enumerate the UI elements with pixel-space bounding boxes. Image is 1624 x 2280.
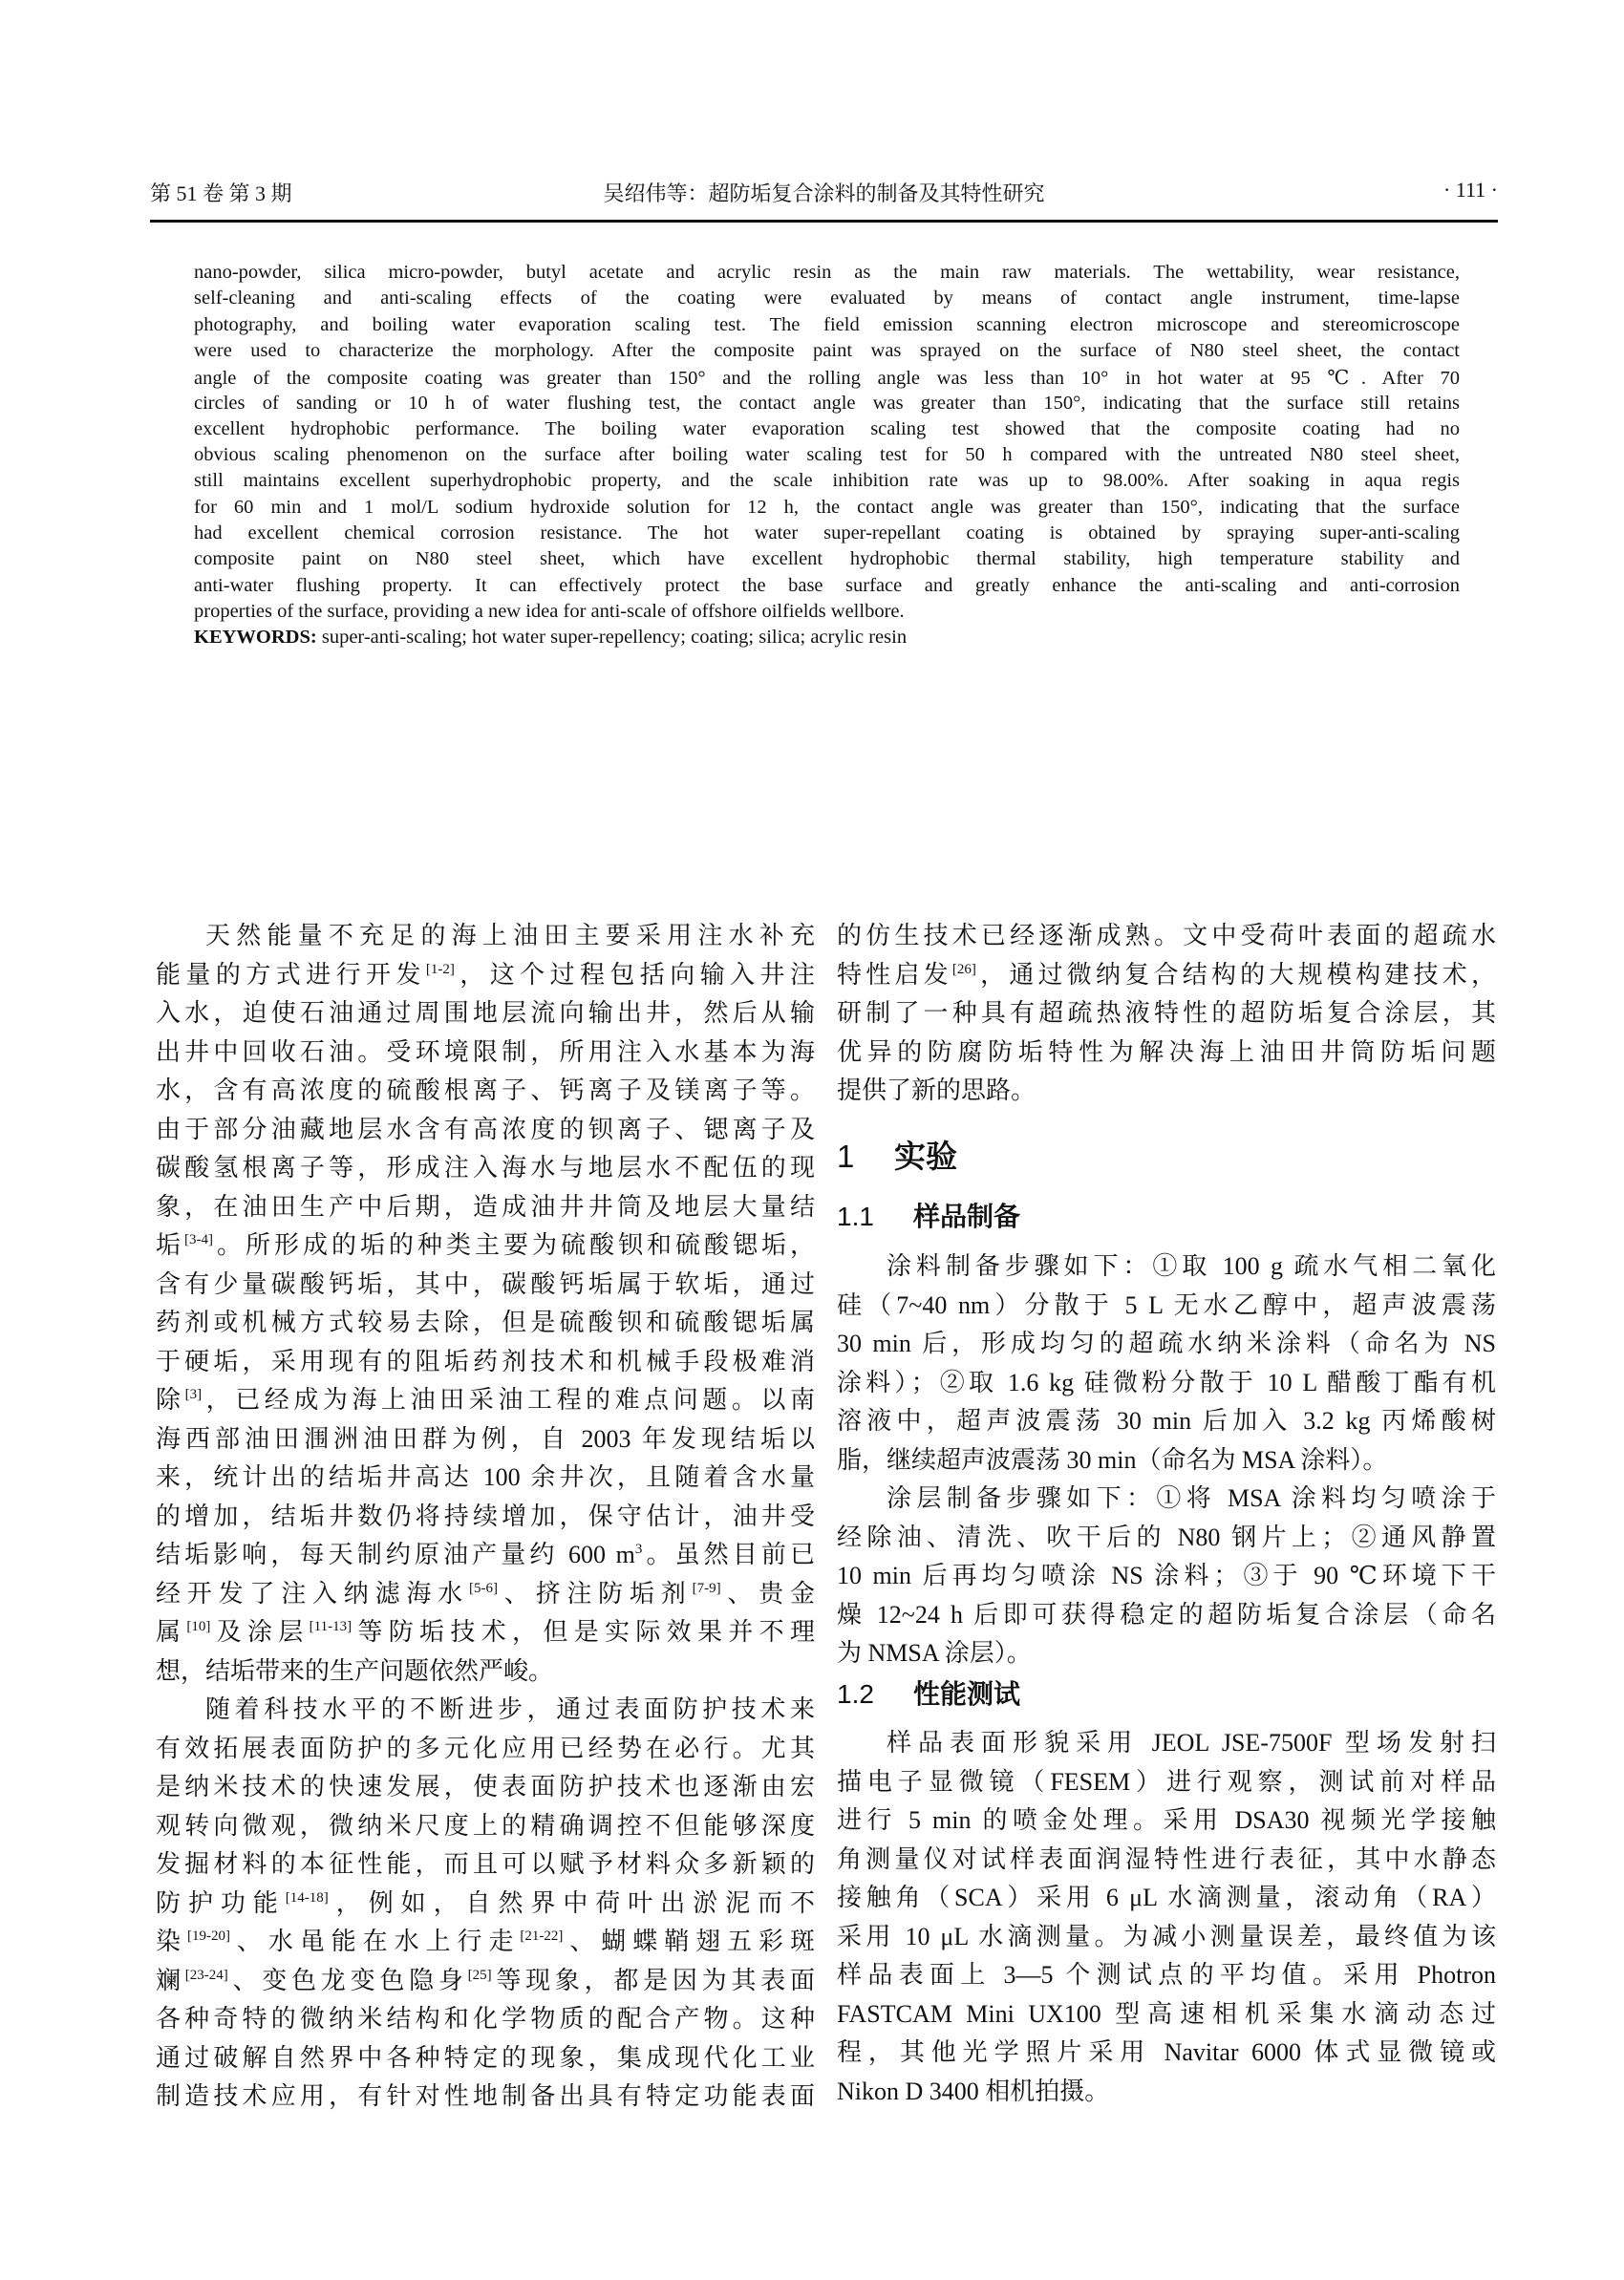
body-text-line: 样品表面形貌采用 JEOL JSE-7500F 型场发射扫 <box>837 1724 1496 1762</box>
text-run: 斓 <box>156 1967 185 1994</box>
citation-ref: [26] <box>952 962 976 977</box>
text-run: 脂，继续超声波震荡 30 min（命名为 MSA 涂料）。 <box>837 1446 1387 1474</box>
text-run: 涂层制备步骤如下：①将 MSA 涂料均匀喷涂于 <box>887 1484 1496 1512</box>
body-text-line: 出井中回收石油。受环境限制，所用注入水基本为海 <box>156 1033 815 1072</box>
text-run: 、水黾能在水上行走 <box>230 1928 520 1955</box>
body-text-line: 的增加，结垢井数仍将持续增加，保守估计，油井受 <box>156 1498 815 1536</box>
text-run: 采用 10 μL 水滴测量。为减小测量误差，最终值为该 <box>837 1923 1496 1950</box>
body-text-line: 观转向微观，微纳米尺度上的精确调控不但能够深度 <box>156 1807 815 1845</box>
abstract-line: self-cleaning and anti-scaling effects o… <box>194 288 1460 316</box>
text-run: 程，其他光学照片采用 Navitar 6000 体式显微镜或 <box>837 2038 1496 2066</box>
text-run: 描电子显微镜（FESEM）进行观察，测试前对样品 <box>837 1768 1496 1796</box>
body-text-line: 是纳米技术的快速发展，使表面防护技术也逐渐由宏 <box>156 1768 815 1806</box>
page-number: · 111 · <box>1443 178 1498 202</box>
body-text-line: 制造技术应用，有针对性地制备出具有特定功能表面 <box>156 2078 815 2116</box>
text-run: 。所形成的垢的种类主要为硫酸钡和硫酸锶垢， <box>213 1231 815 1259</box>
text-run: 结垢影响，每天制约原油产量约 600 m <box>156 1541 635 1568</box>
body-text-line: 经除油、清洗、吹干后的 N80 钢片上；②通风静置 <box>837 1519 1496 1557</box>
abstract-line: excellent hydrophobic performance. The b… <box>194 418 1460 447</box>
text-run: 发掘材料的本征性能，而且可以赋予材料众多新颖的 <box>156 1850 815 1878</box>
section-title: 实验 <box>894 1139 957 1174</box>
abstract-line: had excellent chemical corrosion resista… <box>194 522 1460 551</box>
text-run: 观转向微观，微纳米尺度上的精确调控不但能够深度 <box>156 1812 815 1840</box>
text-run: 涂料制备步骤如下：①取 100 g 疏水气相二氧化 <box>887 1252 1496 1280</box>
body-text-line: 天然能量不充足的海上油田主要采用注水补充 <box>156 917 815 955</box>
text-run: 优异的防腐防垢特性为解决海上油田井筒防垢问题 <box>837 1038 1496 1066</box>
body-text-line: 样品表面上 3—5 个测试点的平均值。采用 Photron <box>837 1956 1496 1994</box>
body-text-line: 硅（7~40 nm）分散于 5 L 无水乙醇中，超声波震荡 <box>837 1287 1496 1325</box>
abstract-line: photography, and boiling water evaporati… <box>194 314 1460 343</box>
text-run: 能量的方式进行开发 <box>156 961 426 989</box>
text-run: 、蝴蝶鞘翅五彩斑 <box>563 1928 815 1955</box>
section-title: 样品制备 <box>913 1202 1020 1231</box>
text-run: 通过破解自然界中各种特定的现象，集成现代化工业 <box>156 2044 815 2072</box>
text-run: 随着科技水平的不断进步，通过表面防护技术来 <box>205 1695 815 1723</box>
section-title: 性能测试 <box>913 1679 1020 1709</box>
body-text-line: 发掘材料的本征性能，而且可以赋予材料众多新颖的 <box>156 1845 815 1884</box>
section-number: 1.2 <box>837 1679 913 1710</box>
text-run: 除 <box>156 1386 185 1414</box>
text-run: 样品表面上 3—5 个测试点的平均值。采用 Photron <box>837 1961 1496 1989</box>
text-run: 防护功能 <box>156 1889 286 1917</box>
body-text-line: 各种奇特的微纳米结构和化学物质的配合产物。这种 <box>156 2000 815 2038</box>
body-text-line: 溶液中，超声波震荡 30 min 后加入 3.2 kg 丙烯酸树 <box>837 1402 1496 1440</box>
text-run: 特性启发 <box>837 961 952 989</box>
body-text-line: FASTCAM Mini UX100 型高速相机采集水滴动态过 <box>837 1995 1496 2034</box>
citation-ref: [1-2] <box>426 962 455 977</box>
text-run: 溶液中，超声波震荡 30 min 后加入 3.2 kg 丙烯酸树 <box>837 1407 1496 1435</box>
text-run: FASTCAM Mini UX100 型高速相机采集水滴动态过 <box>837 2000 1496 2028</box>
body-text-line: 象，在油田生产中后期，造成油井井筒及地层大量结 <box>156 1188 815 1226</box>
citation-ref: 3 <box>635 1542 643 1557</box>
text-run: 进行 5 min 的喷金处理。采用 DSA30 视频光学接触 <box>837 1806 1496 1834</box>
text-run: 药剂或机械方式较易去除，但是硫酸钡和硫酸锶垢属 <box>156 1309 815 1336</box>
body-text-line: 的仿生技术已经逐渐成熟。文中受荷叶表面的超疏水 <box>837 917 1496 955</box>
body-text-line: 描电子显微镜（FESEM）进行观察，测试前对样品 <box>837 1763 1496 1801</box>
text-run: Nikon D 3400 相机拍摄。 <box>837 2078 1109 2105</box>
body-text-line: 含有少量碳酸钙垢，其中，碳酸钙垢属于软垢，通过 <box>156 1266 815 1304</box>
text-run: 有效拓展表面防护的多元化应用已经势在必行。尤其 <box>156 1735 815 1762</box>
text-run: 制造技术应用，有针对性地制备出具有特定功能表面 <box>156 2082 815 2110</box>
abstract-line: still maintains excellent superhydrophob… <box>194 470 1460 499</box>
text-run: 研制了一种具有超疏热液特性的超防垢复合涂层，其 <box>837 999 1496 1027</box>
body-text-line: 30 min 后，形成均匀的超疏水纳米涂料（命名为 NS <box>837 1325 1496 1363</box>
body-text-line: 斓[23-24]、变色龙变色隐身[25]等现象，都是因为其表面 <box>156 1962 815 2000</box>
body-text-line: 采用 10 μL 水滴测量。为减小测量误差，最终值为该 <box>837 1918 1496 1956</box>
body-text-line: 接触角（SCA）采用 6 μL 水滴测量，滚动角（RA） <box>837 1879 1496 1917</box>
text-run: 接触角（SCA）采用 6 μL 水滴测量，滚动角（RA） <box>837 1884 1496 1911</box>
text-run: 想，结垢带来的生产问题依然严峻。 <box>156 1657 553 1685</box>
running-title: 吴绍伟等：超防垢复合涂料的制备及其特性研究 <box>150 178 1498 207</box>
abstract-line: were used to characterize the morphology… <box>194 340 1460 369</box>
body-text-line: 结垢影响，每天制约原油产量约 600 m3。虽然目前已 <box>156 1536 815 1574</box>
text-run: 由于部分油藏地层水含有高浓度的钡离子、锶离子及 <box>156 1116 815 1143</box>
body-text-line: 水，含有高浓度的硫酸根离子、钙离子及镁离子等。 <box>156 1072 815 1110</box>
text-run: 经开发了注入纳滤海水 <box>156 1580 469 1608</box>
body-text-line: 提供了新的思路。 <box>837 1072 1496 1110</box>
text-run: 燥 12~24 h 后即可获得稳定的超防垢复合涂层（命名 <box>837 1601 1496 1629</box>
text-run: 等现象，都是因为其表面 <box>492 1967 815 1994</box>
text-run: 的增加，结垢井数仍将持续增加，保守估计，油井受 <box>156 1502 815 1530</box>
body-text-line: Nikon D 3400 相机拍摄。 <box>837 2073 1496 2111</box>
text-run: ，这个过程包括向输入井注 <box>455 961 815 989</box>
citation-ref: [7-9] <box>693 1581 721 1596</box>
text-run: 海西部油田涠洲油田群为例，自 2003 年发现结垢以 <box>156 1425 815 1453</box>
body-text-line: 属[10]及涂层[11-13]等防垢技术，但是实际效果并不理 <box>156 1613 815 1651</box>
keywords: KEYWORDS: super-anti-scaling; hot water … <box>194 627 1460 655</box>
abstract-line: circles of sanding or 10 h of water flus… <box>194 393 1460 421</box>
running-header: 第 51 卷 第 3 期 吴绍伟等：超防垢复合涂料的制备及其特性研究 · 111… <box>150 178 1498 216</box>
body-text-line: 涂料）；②取 1.6 kg 硅微粉分散于 10 L 醋酸丁酯有机 <box>837 1364 1496 1402</box>
abstract-line: properties of the surface, providing a n… <box>194 601 1460 629</box>
text-run: 的仿生技术已经逐渐成熟。文中受荷叶表面的超疏水 <box>837 922 1496 949</box>
body-text-line: 垢[3-4]。所形成的垢的种类主要为硫酸钡和硫酸锶垢， <box>156 1226 815 1265</box>
body-text-line: 经开发了注入纳滤海水[5-6]、挤注防垢剂[7-9]、贵金 <box>156 1575 815 1613</box>
text-run: 经除油、清洗、吹干后的 N80 钢片上；②通风静置 <box>837 1524 1496 1551</box>
text-run: 、挤注防垢剂 <box>498 1580 693 1608</box>
body-text-line: 由于部分油藏地层水含有高浓度的钡离子、锶离子及 <box>156 1111 815 1149</box>
body-text-line: 入水，迫使石油通过周围地层流向输出井，然后从输 <box>156 994 815 1033</box>
text-run: 30 min 后，形成均匀的超疏水纳米涂料（命名为 NS <box>837 1330 1496 1357</box>
text-run: 为 NMSA 涂层）。 <box>837 1639 1032 1667</box>
section-heading-1: 1实验 <box>837 1132 957 1177</box>
abstract-line: composite paint on N80 steel sheet, whic… <box>194 548 1460 577</box>
citation-ref: [14-18] <box>286 1890 329 1906</box>
text-run: 象，在油田生产中后期，造成油井井筒及地层大量结 <box>156 1193 815 1221</box>
body-text-line: 想，结垢带来的生产问题依然严峻。 <box>156 1652 815 1691</box>
body-text-line: 程，其他光学照片采用 Navitar 6000 体式显微镜或 <box>837 2034 1496 2072</box>
body-text-line: 角测量仪对试样表面润湿特性进行表征，其中水静态 <box>837 1841 1496 1879</box>
citation-ref: [21-22] <box>520 1928 563 1944</box>
body-text-line: 能量的方式进行开发[1-2]，这个过程包括向输入井注 <box>156 956 815 994</box>
citation-ref: [19-20] <box>187 1928 230 1944</box>
text-run: 及涂层 <box>210 1618 309 1646</box>
keywords-text: super-anti-scaling; hot water super-repe… <box>317 627 907 648</box>
citation-ref: [5-6] <box>469 1581 498 1596</box>
citation-ref: [23-24] <box>185 1968 228 1983</box>
body-text-line: 涂料制备步骤如下：①取 100 g 疏水气相二氧化 <box>837 1247 1496 1286</box>
text-run: ，例如，自然界中荷叶出淤泥而不 <box>329 1889 815 1917</box>
body-text-line: 药剂或机械方式较易去除，但是硫酸钡和硫酸锶垢属 <box>156 1304 815 1342</box>
text-run: 天然能量不充足的海上油田主要采用注水补充 <box>205 922 815 949</box>
body-text-line: 燥 12~24 h 后即可获得稳定的超防垢复合涂层（命名 <box>837 1596 1496 1634</box>
body-text-line: 有效拓展表面防护的多元化应用已经势在必行。尤其 <box>156 1730 815 1768</box>
text-run: 提供了新的思路。 <box>837 1076 1036 1104</box>
abstract-line: for 60 min and 1 mol/L sodium hydroxide … <box>194 497 1460 525</box>
section-heading-1-1: 1.1样品制备 <box>837 1196 1020 1234</box>
text-run: ，通过微纳复合结构的大规模构建技术， <box>976 961 1496 989</box>
text-run: 样品表面形貌采用 JEOL JSE-7500F 型场发射扫 <box>887 1729 1496 1757</box>
section-number: 1 <box>837 1139 894 1175</box>
abstract-line: nano-powder, silica micro-powder, butyl … <box>194 262 1460 290</box>
text-run: 。虽然目前已 <box>642 1541 815 1568</box>
text-run: 来，统计出的结垢井高达 100 余井次，且随着含水量 <box>156 1463 815 1491</box>
text-run: 碳酸氢根离子等，形成注入海水与地层水不配伍的现 <box>156 1154 815 1182</box>
citation-ref: [3] <box>185 1387 203 1402</box>
body-text-line: 为 NMSA 涂层）。 <box>837 1634 1496 1673</box>
body-text-line: 进行 5 min 的喷金处理。采用 DSA30 视频光学接触 <box>837 1801 1496 1840</box>
text-run: 、贵金 <box>721 1580 815 1608</box>
text-run: 入水，迫使石油通过周围地层流向输出井，然后从输 <box>156 999 815 1027</box>
body-text-line: 除[3]，已经成为海上油田采油工程的难点问题。以南 <box>156 1381 815 1419</box>
body-text-line: 于硬垢，采用现有的阻垢药剂技术和机械手段极难消 <box>156 1343 815 1381</box>
text-run: 是纳米技术的快速发展，使表面防护技术也逐渐由宏 <box>156 1773 815 1801</box>
header-rule <box>150 220 1498 223</box>
body-text-line: 优异的防腐防垢特性为解决海上油田井筒防垢问题 <box>837 1033 1496 1072</box>
body-text-line: 随着科技水平的不断进步，通过表面防护技术来 <box>156 1691 815 1729</box>
citation-ref: [25] <box>468 1968 492 1983</box>
body-text-line: 研制了一种具有超疏热液特性的超防垢复合涂层，其 <box>837 994 1496 1033</box>
body-text-line: 来，统计出的结垢井高达 100 余井次，且随着含水量 <box>156 1459 815 1497</box>
text-run: 染 <box>156 1928 187 1955</box>
abstract-line: anti-water flushing property. It can eff… <box>194 575 1460 604</box>
text-run: 各种奇特的微纳米结构和化学物质的配合产物。这种 <box>156 2005 815 2033</box>
section-heading-1-2: 1.2性能测试 <box>837 1673 1020 1712</box>
section-number: 1.1 <box>837 1202 913 1232</box>
keywords-label: KEYWORDS: <box>194 627 317 648</box>
text-run: ，已经成为海上油田采油工程的难点问题。以南 <box>202 1386 815 1414</box>
body-text-line: 防护功能[14-18]，例如，自然界中荷叶出淤泥而不 <box>156 1885 815 1923</box>
body-text-line: 涂层制备步骤如下：①将 MSA 涂料均匀喷涂于 <box>837 1480 1496 1518</box>
citation-ref: [11-13] <box>310 1619 352 1634</box>
text-run: 角测量仪对试样表面润湿特性进行表征，其中水静态 <box>837 1845 1496 1873</box>
abstract-line: angle of the composite coating was great… <box>194 366 1460 394</box>
body-text-line: 脂，继续超声波震荡 30 min（命名为 MSA 涂料）。 <box>837 1441 1496 1480</box>
body-text-line: 染[19-20]、水黾能在水上行走[21-22]、蝴蝶鞘翅五彩斑 <box>156 1923 815 1961</box>
text-run: 出井中回收石油。受环境限制，所用注入水基本为海 <box>156 1038 815 1066</box>
abstract-line: obvious scaling phenomenon on the surfac… <box>194 444 1460 473</box>
text-run: 涂料）；②取 1.6 kg 硅微粉分散于 10 L 醋酸丁酯有机 <box>837 1369 1496 1396</box>
body-text-line: 10 min 后再均匀喷涂 NS 涂料；③于 90 ℃环境下干 <box>837 1557 1496 1595</box>
text-run: 等防垢技术，但是实际效果并不理 <box>352 1618 815 1646</box>
text-run: 、变色龙变色隐身 <box>228 1967 468 1994</box>
text-run: 于硬垢，采用现有的阻垢药剂技术和机械手段极难消 <box>156 1348 815 1375</box>
text-run: 10 min 后再均匀喷涂 NS 涂料；③于 90 ℃环境下干 <box>837 1562 1496 1589</box>
body-text-line: 通过破解自然界中各种特定的现象，集成现代化工业 <box>156 2039 815 2078</box>
body-text-line: 特性启发[26]，通过微纳复合结构的大规模构建技术， <box>837 956 1496 994</box>
citation-ref: [10] <box>186 1619 210 1634</box>
text-run: 含有少量碳酸钙垢，其中，碳酸钙垢属于软垢，通过 <box>156 1270 815 1298</box>
body-text-line: 碳酸氢根离子等，形成注入海水与地层水不配伍的现 <box>156 1149 815 1187</box>
body-text-line: 海西部油田涠洲油田群为例，自 2003 年发现结垢以 <box>156 1420 815 1459</box>
text-run: 垢 <box>156 1231 184 1259</box>
text-run: 水，含有高浓度的硫酸根离子、钙离子及镁离子等。 <box>156 1076 815 1104</box>
text-run: 属 <box>156 1618 186 1646</box>
text-run: 硅（7~40 nm）分散于 5 L 无水乙醇中，超声波震荡 <box>837 1291 1496 1319</box>
citation-ref: [3-4] <box>184 1232 213 1247</box>
